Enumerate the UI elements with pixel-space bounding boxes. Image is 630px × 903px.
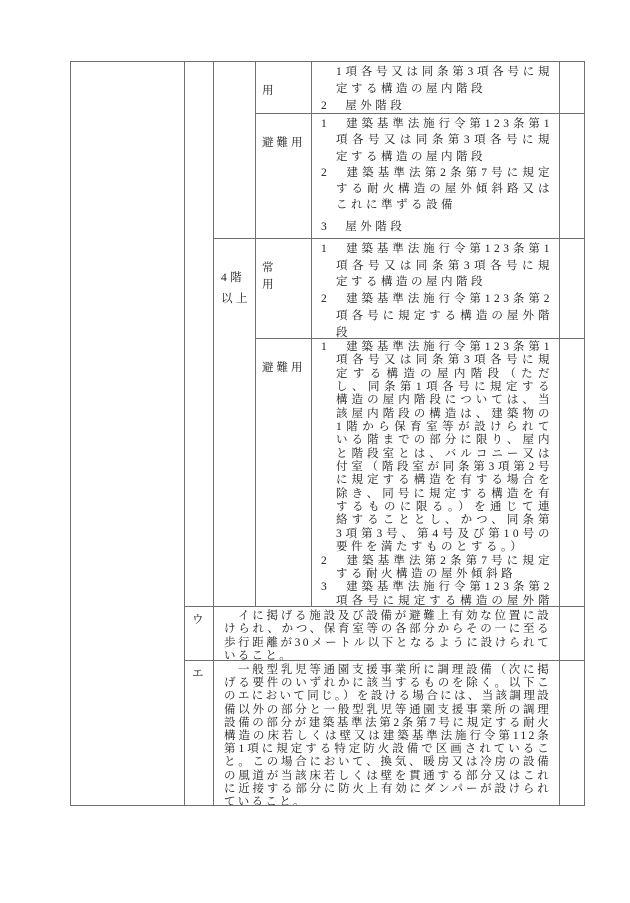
clause-cell-u: イに掲げる施設及び設備が避難上有効な位置に設けられ、かつ、保育室等の各部分からそ… [213,606,559,660]
provision-item: 1項各号又は同条第3項各号に規定する構造の屋内階段 [321,64,553,98]
provision-item: 2 建築基準法施行令第123条第2項各号に規定する構造の屋外階段 [321,291,553,338]
use-label-cell-r3: 常 用 [255,238,311,338]
clause-text-e: 一般型乳児等通園支援事業所に調理設備（次に掲げる要件のいずれかに該当するものを除… [224,664,551,805]
provisions-cell-r3: 1 建築基準法施行令第123条第1項各号又は同条第3項各号に規定する構造の屋内階… [311,238,559,338]
clause-text-u: イに掲げる施設及び設備が避難上有効な位置に設けられ、かつ、保育室等の各部分からそ… [224,610,551,660]
page: { "table": { "upper_rows": { "r1": { "us… [0,0,630,903]
item-letter-u: ウ [192,614,204,626]
provision-item: 2 屋外階段 [321,98,553,113]
item-letter-cell-continued [184,62,213,606]
provision-item: 1 建築基準法施行令第123条第1項各号又は同条第3項各号に規定する構造の屋内階… [321,116,553,165]
use-label-cell-r4: 避難用 [255,338,311,606]
provisions-cell-r2: 1 建築基準法施行令第123条第1項各号又は同条第3項各号に規定する構造の屋内階… [311,113,559,238]
floor-cell-4f: 4階 以上 [213,238,255,606]
left-margin-cell [71,62,184,805]
use-label-r1: 用 [262,85,277,97]
use-label-r2: 避難用 [262,137,306,149]
provision-item: 1 建築基準法施行令第123条第1項各号又は同条第3項各号に規定する構造の屋内階… [321,241,553,291]
right-margin-cell-r2 [559,113,584,238]
item-letter-cell-e: エ [184,660,213,805]
clause-cell-e: 一般型乳児等通園支援事業所に調理設備（次に掲げる要件のいずれかに該当するものを除… [213,660,559,805]
provision-item: 3 屋外階段 [321,219,553,235]
provision-item: 1 建築基準法施行令第123条第1項各号又は同条第3項各号に規定する構造の屋内階… [321,341,553,555]
item-letter-cell-u: ウ [184,606,213,660]
provision-item: 2 建築基準法第2条第7号に規定する耐火構造の屋外傾斜路又はこれに準ずる設備 [321,165,553,214]
provisions-cell-r4: 1 建築基準法施行令第123条第1項各号又は同条第3項各号に規定する構造の屋内階… [311,338,559,606]
use-label-r3: 常 用 [262,262,277,291]
provisions-cell-r1: 1項各号又は同条第3項各号に規定する構造の屋内階段 2 屋外階段 [311,62,559,113]
provision-item: 2 建築基準法第2条第7号に規定する耐火構造の屋外傾斜路 [321,555,553,582]
use-label-cell-r1: 用 [255,62,311,113]
right-margin-cell-r5 [559,606,584,660]
floor-4f-label: 4階 以上 [221,272,251,305]
use-label-r4: 避難用 [262,362,306,374]
regulation-table: ウ エ 4階 以上 用 避難用 常 用 避難用 1項各号又は同条第3項各号に規定… [70,61,585,806]
use-label-cell-r2: 避難用 [255,113,311,238]
right-margin-cell-r1 [559,62,584,113]
provision-item: 3 建築基準法施行令第123条第2項各号に規定する構造の屋外階段 [321,581,553,606]
right-margin-cell-r6 [559,660,584,805]
floor-cell-continued [213,62,255,238]
right-margin-cell-r4 [559,338,584,606]
right-margin-cell-r3 [559,238,584,338]
item-letter-e: エ [192,668,204,680]
